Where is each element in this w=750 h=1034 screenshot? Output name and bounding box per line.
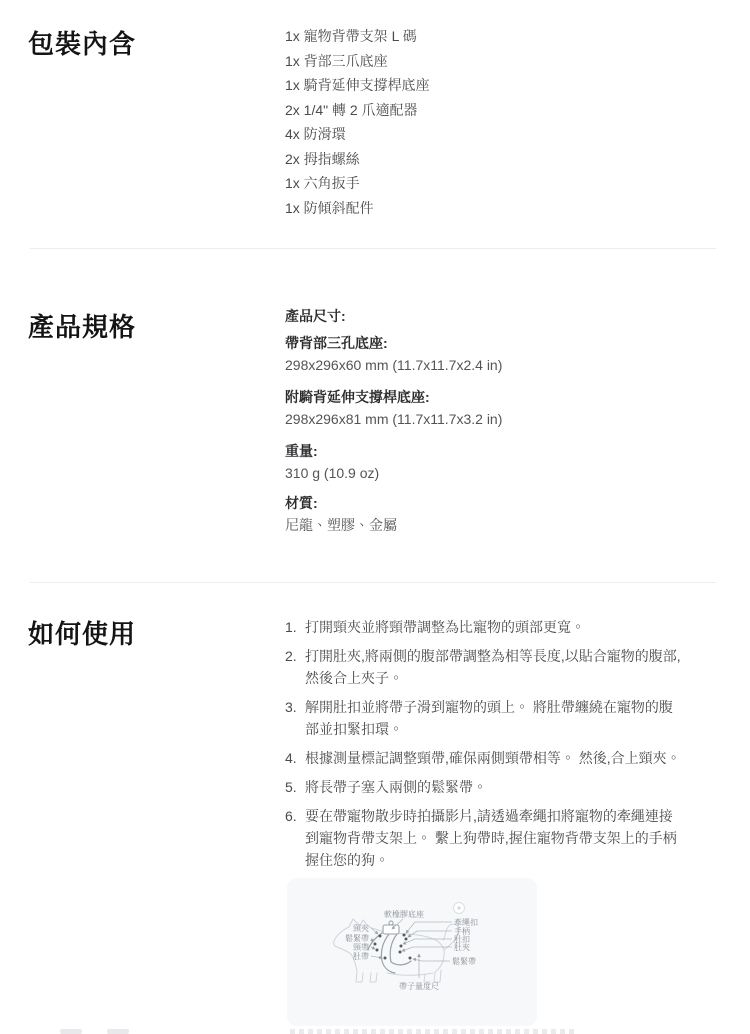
usage-step: 6. 要在帶寵物散步時拍攝影片,請透過牽繩扣將寵物的牽繩連接到寵物背帶支架上。 …: [285, 805, 720, 871]
section-package-contents: 包裝內含 1x 寵物背帶支架 L 碼 1x 背部三爪底座 1x 騎背延伸支撐桿底…: [0, 0, 750, 220]
diagram-label-strap-ruler: 帶子量度尺: [399, 981, 439, 991]
truncated-next-section-fragment: [60, 1029, 82, 1034]
attachment-points: [374, 934, 412, 960]
package-item: 1x 騎背延伸支撐桿底座: [285, 73, 720, 98]
package-item: 4x 防滑環: [285, 122, 720, 147]
package-item: 2x 1/4" 轉 2 爪適配器: [285, 98, 720, 123]
step-number: 2.: [285, 645, 305, 689]
truncated-next-section-fragment: [107, 1029, 129, 1034]
step-number: 1.: [285, 616, 305, 638]
spec-group-base: 帶背部三孔底座: 298x296x60 mm (11.7x11.7x2.4 in…: [285, 332, 720, 376]
section-howto-content-col: 1. 打開頸夾並將頸帶調整為比寵物的頭部更寬。 2. 打開肚夾,將兩側的腹部帶調…: [285, 616, 750, 1026]
diagram-label-neck-clip: 頸夾: [353, 923, 369, 933]
step-text: 要在帶寵物散步時拍攝影片,請透過牽繩扣將寵物的牽繩連接到寵物背帶支架上。 繫上狗…: [305, 805, 683, 871]
truncated-next-section-text: [290, 1029, 576, 1034]
usage-step: 1. 打開頸夾並將頸帶調整為比寵物的頭部更寬。: [285, 616, 720, 638]
step-number: 4.: [285, 747, 305, 769]
step-text: 打開頸夾並將頸帶調整為比寵物的頭部更寬。: [305, 616, 683, 638]
diagram-label-elastic-right: 鬆緊帶: [452, 956, 476, 966]
spec-label: 附騎背延伸支撐桿底座:: [285, 386, 720, 408]
step-text: 將長帶子塞入兩側的鬆緊帶。: [305, 776, 683, 798]
step-number: 3.: [285, 696, 305, 740]
section-how-to-use: 如何使用 1. 打開頸夾並將頸帶調整為比寵物的頭部更寬。 2. 打開肚夾,將兩側…: [0, 583, 750, 1026]
package-item: 2x 拇指螺絲: [285, 147, 720, 172]
spec-value: 298x296x60 mm (11.7x11.7x2.4 in): [285, 354, 720, 376]
section-package-title-col: 包裝內含: [0, 24, 285, 60]
step-text: 打開肚夾,將兩側的腹部帶調整為相等長度,以貼合寵物的腹部,然後合上夾子。: [305, 645, 683, 689]
spec-label: 材質:: [285, 492, 720, 514]
package-items-list: 1x 寵物背帶支架 L 碼 1x 背部三爪底座 1x 騎背延伸支撐桿底座 2x …: [285, 24, 720, 220]
section-specs-content-col: 產品尺寸: 帶背部三孔底座: 298x296x60 mm (11.7x11.7x…: [285, 305, 750, 544]
spec-group-material: 材質: 尼龍、塑膠、金屬: [285, 492, 720, 536]
package-contents-title: 包裝內含: [28, 28, 285, 60]
section-howto-title-col: 如何使用: [0, 616, 285, 650]
diagram-label-neck-strap: 頸帶: [353, 942, 369, 952]
diagram-label-belly-strap: 肚帶: [353, 951, 369, 961]
diagram-label-rubber-base: 軟橡膠底座: [384, 909, 424, 919]
harness-diagram-card: 軟橡膠底座 頸夾 鬆緊帶 頸帶 肚帶 牽繩扣 手柄 肚扣 肚夾 鬆緊帶 帶子量度…: [287, 878, 537, 1026]
spec-value: 尼龍、塑膠、金屬: [285, 514, 720, 536]
product-info-page: 包裝內含 1x 寵物背帶支架 L 碼 1x 背部三爪底座 1x 騎背延伸支撐桿底…: [0, 0, 750, 1034]
step-text: 解開肚扣並將帶子滑到寵物的頭上。 將肚帶纏繞在寵物的腹部並扣緊扣環。: [305, 696, 683, 740]
package-item: 1x 六角扳手: [285, 171, 720, 196]
mount-knob: [389, 921, 393, 925]
section-specifications: 產品規格 產品尺寸: 帶背部三孔底座: 298x296x60 mm (11.7x…: [0, 249, 750, 544]
spec-group-extension-base: 附騎背延伸支撐桿底座: 298x296x81 mm (11.7x11.7x3.2…: [285, 386, 720, 430]
how-to-use-title: 如何使用: [28, 618, 285, 650]
specifications-title: 產品規格: [28, 311, 285, 343]
package-item: 1x 寵物背帶支架 L 碼: [285, 24, 720, 49]
usage-step: 4. 根據測量標記調整頸帶,確保兩側頸帶相等。 然後,合上頸夾。: [285, 747, 720, 769]
usage-step: 3. 解開肚扣並將帶子滑到寵物的頭上。 將肚帶纏繞在寵物的腹部並扣緊扣環。: [285, 696, 720, 740]
diagram-label-leash-buckle: 牽繩扣: [454, 917, 478, 927]
step-number: 5.: [285, 776, 305, 798]
diagram-label-elastic-left: 鬆緊帶: [345, 933, 369, 943]
spec-label: 重量:: [285, 440, 720, 462]
package-item: 1x 背部三爪底座: [285, 49, 720, 74]
spec-value: 310 g (10.9 oz): [285, 462, 720, 484]
spec-label: 帶背部三孔底座:: [285, 332, 720, 354]
section-package-content-col: 1x 寵物背帶支架 L 碼 1x 背部三爪底座 1x 騎背延伸支撐桿底座 2x …: [285, 24, 750, 220]
step-number: 6.: [285, 805, 305, 871]
step-text: 根據測量標記調整頸帶,確保兩側頸帶相等。 然後,合上頸夾。: [305, 747, 683, 769]
spec-group-weight: 重量: 310 g (10.9 oz): [285, 440, 720, 484]
package-item: 1x 防傾斜配件: [285, 196, 720, 221]
usage-step: 2. 打開肚夾,將兩側的腹部帶調整為相等長度,以貼合寵物的腹部,然後合上夾子。: [285, 645, 720, 689]
usage-steps-list: 1. 打開頸夾並將頸帶調整為比寵物的頭部更寬。 2. 打開肚夾,將兩側的腹部帶調…: [285, 616, 720, 871]
section-specs-title-col: 產品規格: [0, 305, 285, 343]
usage-step: 5. 將長帶子塞入兩側的鬆緊帶。: [285, 776, 720, 798]
diagram-label-belly-clip: 肚夾: [454, 942, 470, 952]
zoom-badge-icon: [454, 903, 465, 914]
spec-dimensions-heading: 產品尺寸:: [285, 305, 720, 327]
harness-diagram: 軟橡膠底座 頸夾 鬆緊帶 頸帶 肚帶 牽繩扣 手柄 肚扣 肚夾 鬆緊帶 帶子量度…: [287, 878, 537, 1026]
rubber-base-mount: [383, 925, 399, 934]
spec-value: 298x296x81 mm (11.7x11.7x3.2 in): [285, 408, 720, 430]
